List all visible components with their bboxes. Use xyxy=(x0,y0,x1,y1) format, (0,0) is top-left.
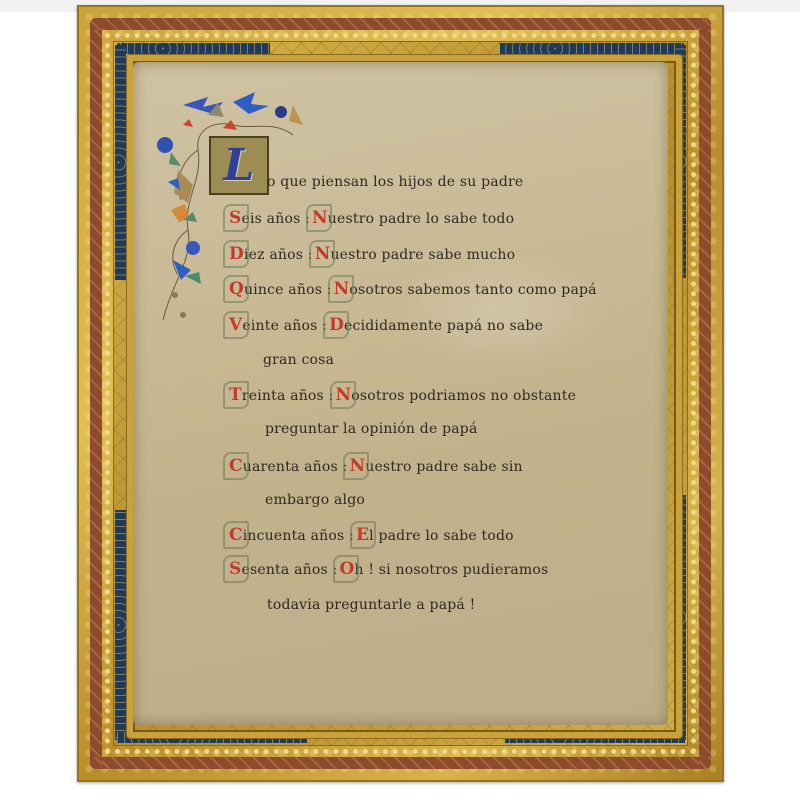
age-initial: V xyxy=(229,315,242,335)
age-initial: Q xyxy=(229,279,244,299)
age-initial: C xyxy=(229,525,243,545)
document-title: o que piensan los hijos de su padre xyxy=(267,174,523,190)
verse-line: Cincuenta años :El padre lo sabe todo xyxy=(229,525,514,545)
text-initial: E xyxy=(356,525,369,545)
text-initial: N xyxy=(349,456,365,476)
frame-blue-band-top-left xyxy=(117,43,270,54)
text-initial: N xyxy=(312,208,328,228)
age-initial: S xyxy=(229,559,241,579)
text-initial: N xyxy=(334,279,350,299)
age-initial: D xyxy=(229,244,244,264)
verse-line: Cuarenta años :Nuestro padre sabe sin xyxy=(229,456,523,476)
frame-blue-band-left-top xyxy=(115,45,126,280)
illuminated-document: L o que piensan los hijos de su padre Se… xyxy=(133,62,668,725)
text-initial: N xyxy=(315,244,331,264)
text-initial: O xyxy=(339,559,354,579)
verse-continuation: gran cosa xyxy=(263,352,334,368)
frame-blue-band-left-bottom xyxy=(115,510,126,740)
dropcap-letter: L xyxy=(224,144,255,188)
verse-continuation: todavia preguntarle a papá ! xyxy=(267,597,475,613)
verse-line: Diez años :Nuestro padre sabe mucho xyxy=(229,244,515,264)
verse-line: Sesenta años :Oh ! si nosotros pudieramo… xyxy=(229,559,548,579)
age-initial: C xyxy=(229,456,243,476)
verse-line: Quince años :Nosotros sabemos tanto como… xyxy=(229,279,597,299)
verse-line: Seis años :Nuestro padre lo sabe todo xyxy=(229,208,514,228)
age-initial: T xyxy=(229,385,242,405)
illuminated-dropcap: L xyxy=(209,136,269,195)
text-initial: N xyxy=(336,385,352,405)
verse-continuation: embargo algo xyxy=(265,492,365,508)
verse-line: Treinta años :Nosotros podriamos no obst… xyxy=(229,385,576,405)
verse-line: Veinte años :Decididamente papá no sabe xyxy=(229,315,543,335)
text-initial: D xyxy=(329,315,344,335)
verse-continuation: preguntar la opinión de papá xyxy=(265,421,478,437)
frame-blue-band-top-right xyxy=(500,43,684,54)
age-initial: S xyxy=(229,208,241,228)
glass-glare xyxy=(393,252,613,372)
